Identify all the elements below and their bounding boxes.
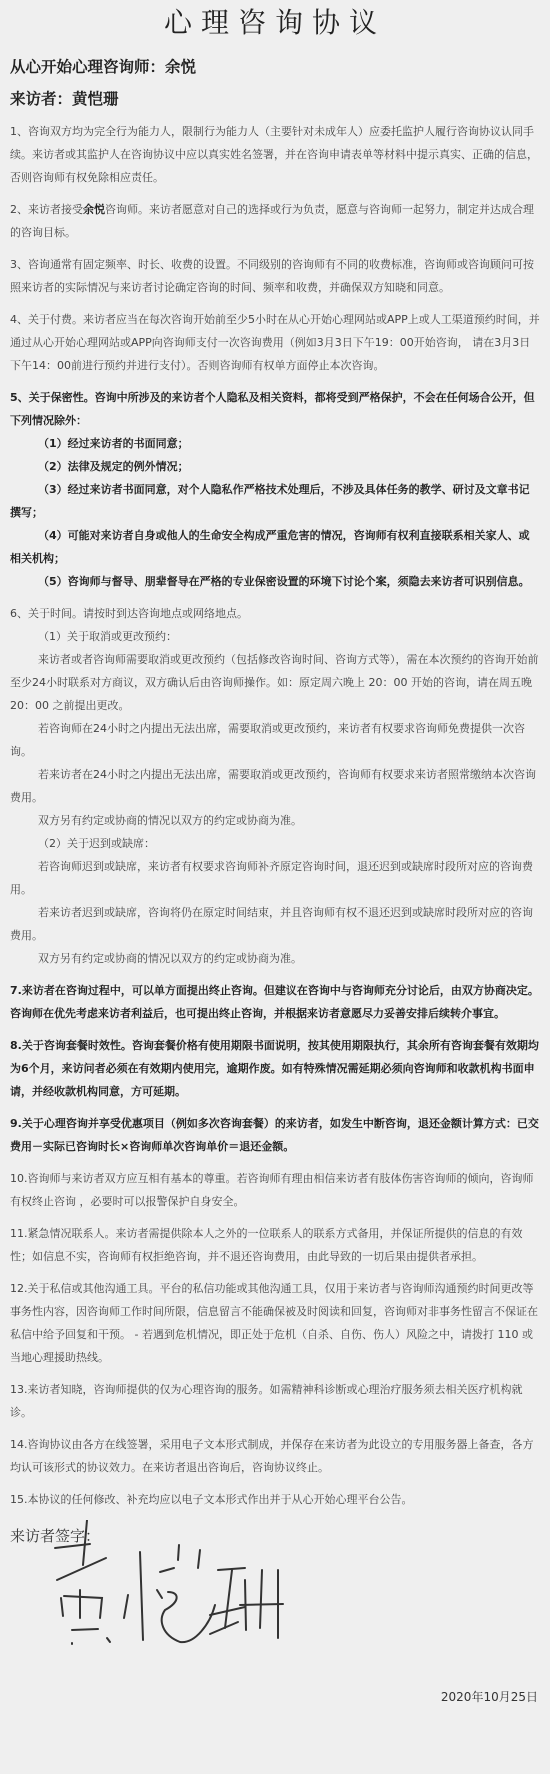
clause-4: 4、关于付费。来访者应当在每次咨询开始前至少5小时在从心开始心理网站或APP上或… <box>10 308 540 377</box>
visitor-line: 来访者：黄恺珊 <box>10 88 540 110</box>
clause-2-prefix: 2、来访者接受 <box>10 203 83 216</box>
clause-6-sub1-line: 若咨询师在24小时之内提出无法出席，需要取消或更改预约，来访者有权要求咨询师免费… <box>10 717 540 763</box>
clause-5-item: （4）可能对来访者自身或他人的生命安全构成严重危害的情况，咨询师有权利直接联系相… <box>10 524 540 570</box>
clause-5-item: （3）经过来访者书面同意，对个人隐私作严格技术处理后，不涉及具体任务的教学、研讨… <box>10 478 540 524</box>
clause-5-item: （1）经过来访者的书面同意； <box>10 432 540 455</box>
clause-2: 2、来访者接受余悦咨询师。来访者愿意对自己的选择或行为负责，愿意与咨询师一起努力… <box>10 198 540 244</box>
clause-5: 5、关于保密性。咨询中所涉及的来访者个人隐私及相关资料，都将受到严格保护，不会在… <box>10 386 540 593</box>
signature-date: 2020年10月25日 <box>441 1688 538 1705</box>
clause-6-intro: 6、关于时间。请按时到达咨询地点或网络地点。 <box>10 602 540 625</box>
clause-6-sub1-title: （1）关于取消或更改预约： <box>10 625 540 648</box>
clause-1: 1、咨询双方均为完全行为能力人，限制行为能力人（主要针对未成年人）应委托监护人履… <box>10 120 540 189</box>
clause-6-sub2-line: 双方另有约定或协商的情况以双方的约定或协商为准。 <box>10 947 540 970</box>
document-title: 心理咨询协议 <box>0 0 550 46</box>
clause-6-sub2-line: 若咨询师迟到或缺席，来访者有权要求咨询师补齐原定咨询时间，退还迟到或缺席时段所对… <box>10 855 540 901</box>
clause-8: 8.关于咨询套餐时效性。咨询套餐价格有使用期限书面说明，按其使用期限执行，其余所… <box>10 1034 540 1103</box>
clause-5-item: （5）咨询师与督导、朋辈督导在严格的专业保密设置的环境下讨论个案，须隐去来访者可… <box>10 570 540 593</box>
clause-6-sub2-line: 若来访者迟到或缺席，咨询将仍在原定时间结束，并且咨询师有权不退还迟到或缺席时段所… <box>10 901 540 947</box>
clause-9: 9.关于心理咨询并享受优惠项目（例如多次咨询套餐）的来访者，如发生中断咨询，退还… <box>10 1112 540 1158</box>
clause-6: 6、关于时间。请按时到达咨询地点或网络地点。 （1）关于取消或更改预约： 来访者… <box>10 602 540 970</box>
clause-13: 13.来访者知晓，咨询师提供的仅为心理咨询的服务。如需精神科诊断或心理治疗服务须… <box>10 1378 540 1424</box>
agreement-page: 心理咨询协议 从心开始心理咨询师：余悦 来访者：黄恺珊 1、咨询双方均为完全行为… <box>0 0 550 1774</box>
clause-6-sub1-line: 双方另有约定或协商的情况以双方的约定或协商为准。 <box>10 809 540 832</box>
clause-2-consultant-name: 余悦 <box>83 203 105 216</box>
clause-11: 11.紧急情况联系人。来访者需提供除本人之外的一位联系人的联系方式备用，并保证所… <box>10 1222 540 1268</box>
clause-10: 10.咨询师与来访者双方应互相有基本的尊重。若咨询师有理由相信来访者有肢体伤害咨… <box>10 1167 540 1213</box>
agreement-body: 1、咨询双方均为完全行为能力人，限制行为能力人（主要针对未成年人）应委托监护人履… <box>10 120 540 1511</box>
handwritten-signature <box>50 1520 290 1660</box>
clause-6-sub1-line: 来访者或者咨询师需要取消或更改预约（包括修改咨询时间、咨询方式等），需在本次预约… <box>10 648 540 717</box>
clause-15: 15.本协议的任何修改、补充均应以电子文本形式作出并于从心开始心理平台公告。 <box>10 1488 540 1511</box>
clause-6-sub1-line: 若来访者在24小时之内提出无法出席，需要取消或更改预约，咨询师有权要求来访者照常… <box>10 763 540 809</box>
clause-5-item: （2）法律及规定的例外情况； <box>10 455 540 478</box>
consultant-line: 从心开始心理咨询师：余悦 <box>10 56 540 78</box>
clause-12: 12.关于私信或其他沟通工具。平台的私信功能或其他沟通工具，仅用于来访者与咨询师… <box>10 1277 540 1369</box>
clause-14: 14.咨询协议由各方在线签署，采用电子文本形式制成，并保存在来访者为此设立的专用… <box>10 1433 540 1479</box>
clause-6-sub2-title: （2）关于迟到或缺席： <box>10 832 540 855</box>
clause-3: 3、咨询通常有固定频率、时长、收费的设置。不同级别的咨询师有不同的收费标准，咨询… <box>10 253 540 299</box>
clause-5-intro: 5、关于保密性。咨询中所涉及的来访者个人隐私及相关资料，都将受到严格保护，不会在… <box>10 386 540 432</box>
clause-7: 7.来访者在咨询过程中，可以单方面提出终止咨询。但建议在咨询中与咨询师充分讨论后… <box>10 979 540 1025</box>
